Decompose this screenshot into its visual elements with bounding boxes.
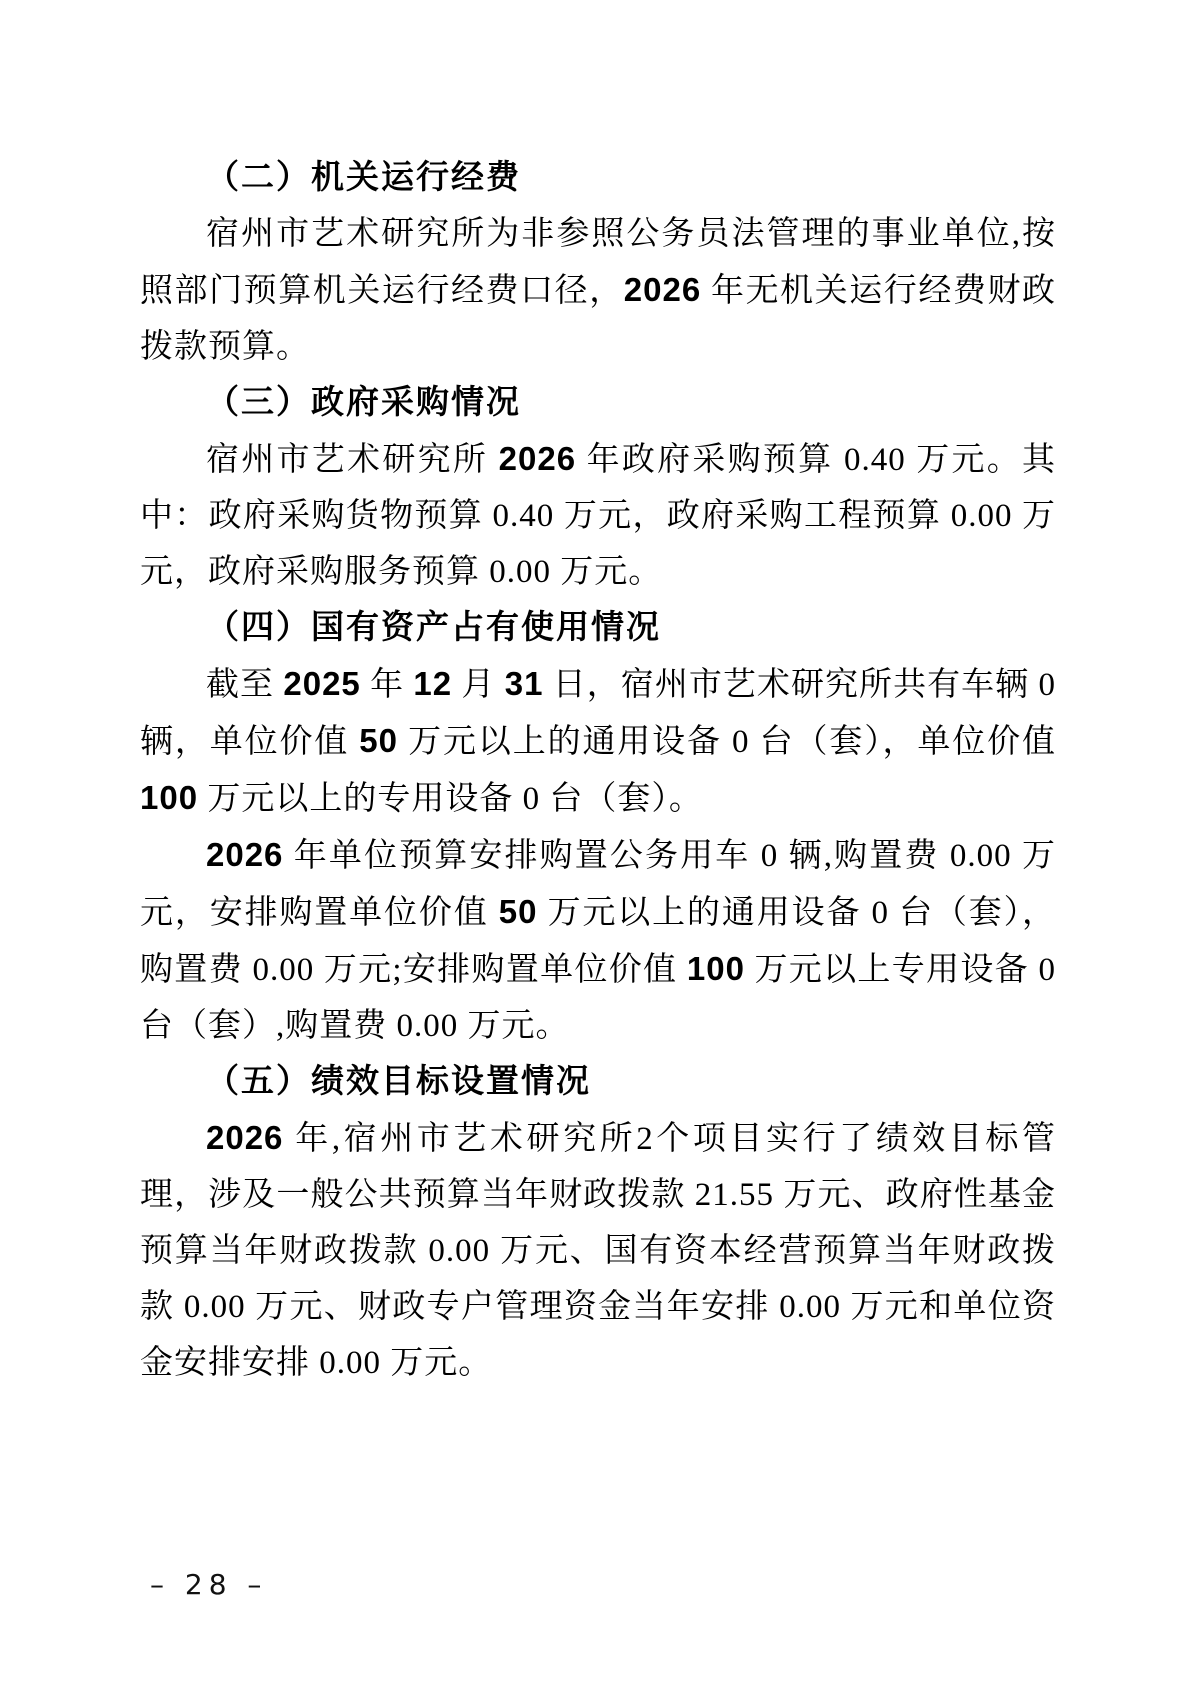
bold-number: 2026 <box>499 440 576 477</box>
paragraph: 宿州市艺术研究所为非参照公务员法管理的事业单位,按照部门预算机关运行经费口径，2… <box>140 206 1056 375</box>
bold-number: 100 <box>140 779 198 816</box>
bold-number: 50 <box>359 722 398 759</box>
text-run: 万元以上的通用设备 0 台（套），单位价值 <box>398 724 1056 760</box>
bold-number: 2026 <box>206 836 283 873</box>
paragraph: 2026 年单位预算安排购置公务用车 0 辆,购置费 0.00 万元，安排购置单… <box>140 827 1056 1054</box>
section-heading: （五）绩效目标设置情况 <box>140 1054 1056 1110</box>
bold-number: 2025 <box>283 665 360 702</box>
bold-number: 12 <box>413 665 452 702</box>
section-heading: （二）机关运行经费 <box>140 150 1056 206</box>
text-run: 截至 <box>206 667 283 703</box>
bold-number: 31 <box>505 665 544 702</box>
bold-number: 50 <box>499 893 538 930</box>
bold-number: 2026 <box>206 1119 283 1156</box>
text-run: 宿州市艺术研究所 <box>206 442 499 478</box>
paragraph: 截至 2025 年 12 月 31 日，宿州市艺术研究所共有车辆 0 辆，单位价… <box>140 656 1056 827</box>
text-run: 万元以上的专用设备 0 台（套）。 <box>198 781 703 817</box>
text-run: 月 <box>452 667 505 703</box>
bold-number: 100 <box>687 950 745 987</box>
section-heading: （四）国有资产占有使用情况 <box>140 600 1056 656</box>
paragraph: 宿州市艺术研究所 2026 年政府采购预算 0.40 万元。其中：政府采购货物预… <box>140 431 1056 600</box>
bold-number: 2026 <box>624 271 701 308</box>
paragraph: 2026 年,宿州市艺术研究所2个项目实行了绩效目标管理，涉及一般公共预算当年财… <box>140 1110 1056 1391</box>
section-heading: （三）政府采购情况 <box>140 375 1056 431</box>
document-page: （二）机关运行经费宿州市艺术研究所为非参照公务员法管理的事业单位,按照部门预算机… <box>0 0 1190 1683</box>
text-run: 年 <box>361 667 414 703</box>
text-run: 年,宿州市艺术研究所2个项目实行了绩效目标管理，涉及一般公共预算当年财政拨款 2… <box>140 1121 1056 1381</box>
document-body: （二）机关运行经费宿州市艺术研究所为非参照公务员法管理的事业单位,按照部门预算机… <box>140 150 1056 1391</box>
page-number: – 28 – <box>150 1568 267 1601</box>
